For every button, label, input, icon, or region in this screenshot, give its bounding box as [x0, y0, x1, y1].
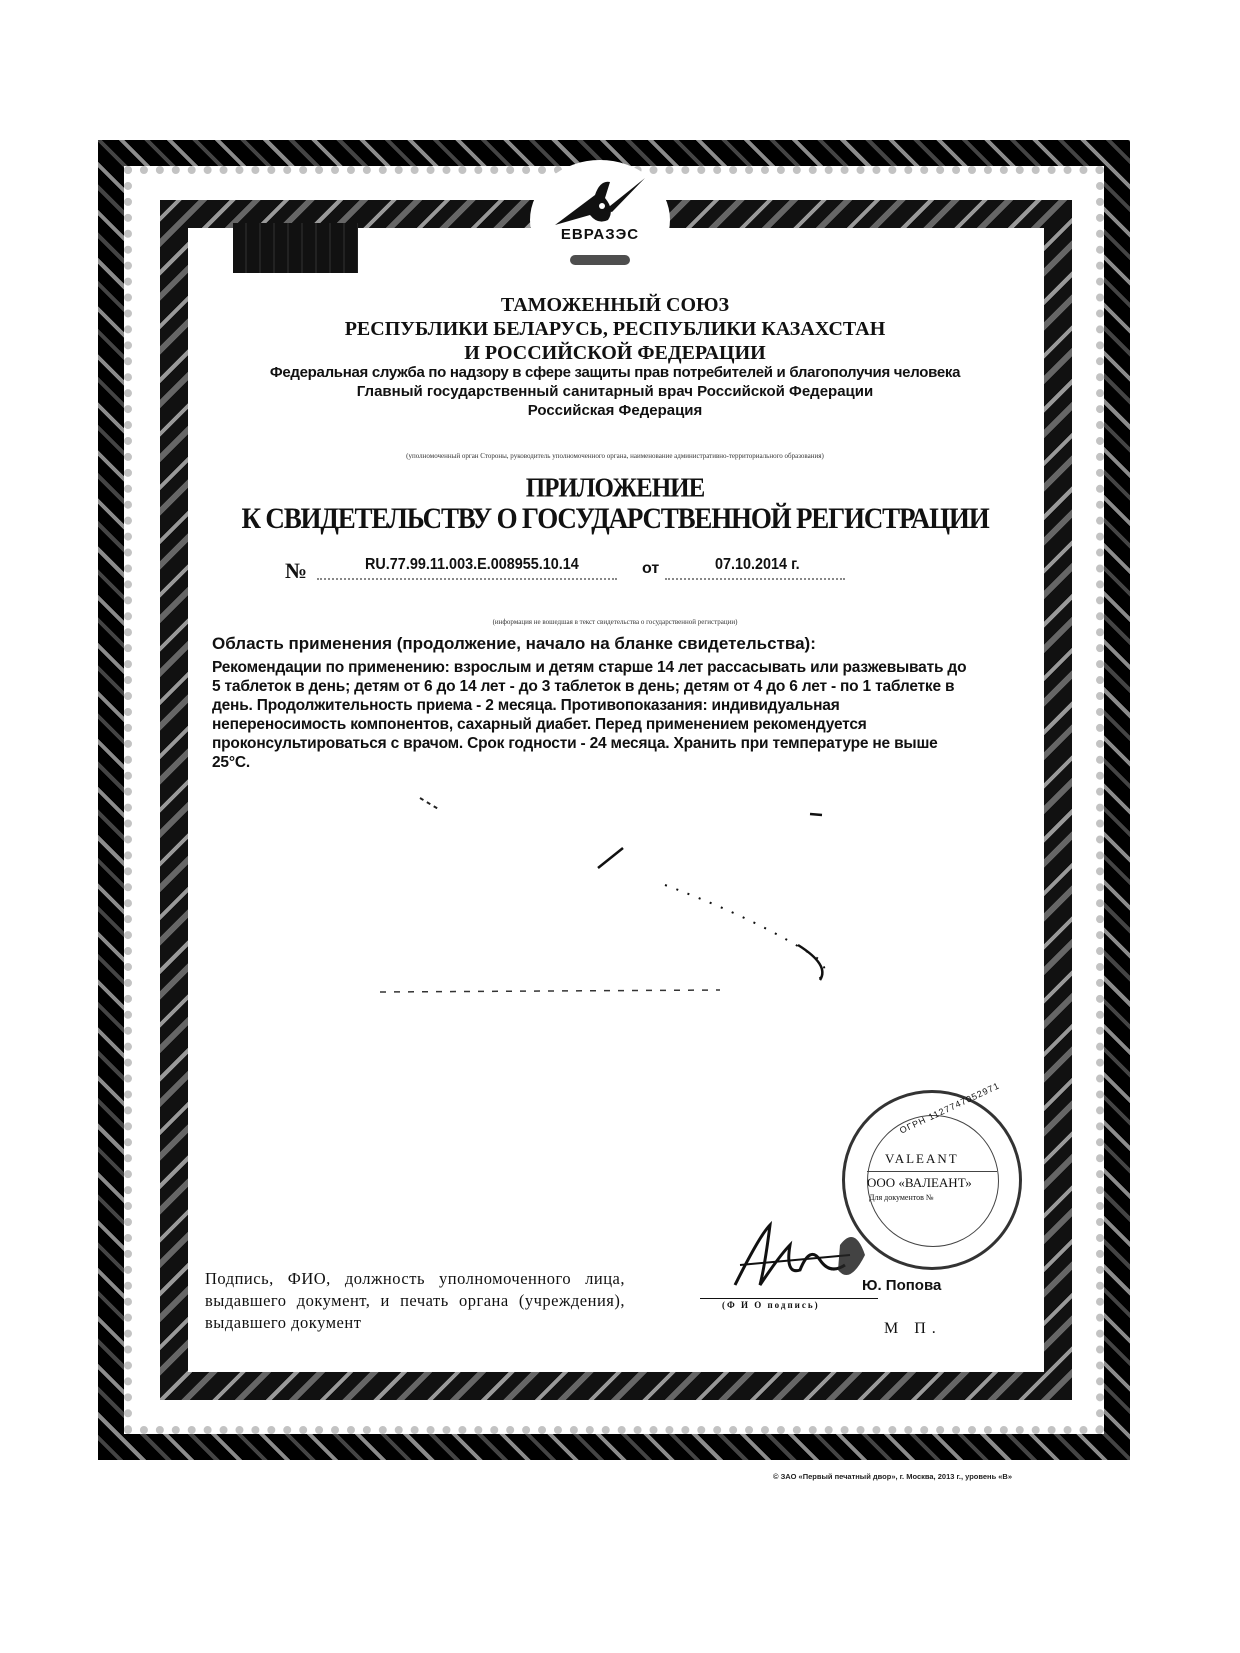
date-label: от [642, 560, 659, 578]
country-name: Российская Федерация [190, 402, 1040, 419]
info-caption: (информация не вошедшая в текст свидетел… [190, 618, 1040, 626]
signature-rule [700, 1298, 878, 1299]
signature-caption: Подпись, ФИО, должность уполномоченного … [205, 1268, 625, 1334]
printer-imprint: © ЗАО «Первый печатный двор», г. Москва,… [773, 1472, 1012, 1481]
registration-date: 07.10.2014 г. [715, 556, 800, 574]
agency-name: Федеральная служба по надзору в сфере за… [180, 364, 1050, 381]
stamp-divider [867, 1171, 997, 1172]
scribble-marks [380, 770, 900, 1010]
registration-number: RU.77.99.11.003.Е.008955.10.14 [365, 556, 579, 574]
document-subtitle: К СВИДЕТЕЛЬСТВУ О ГОСУДАРСТВЕННОЙ РЕГИСТ… [200, 501, 1030, 535]
stamp-org: ООО «ВАЛЕАНТ» [867, 1175, 972, 1191]
document-title: ПРИЛОЖЕНИЕ [190, 474, 1040, 505]
officer-title: Главный государственный санитарный врач … [190, 383, 1040, 400]
emblem-smudge [570, 255, 630, 265]
redacted-block [233, 223, 358, 273]
dotted-line [317, 578, 617, 580]
body-text: Рекомендации по применению: взрослым и д… [212, 658, 972, 772]
union-title-line1: ТАМОЖЕННЫЙ СОЮЗ [190, 294, 1040, 317]
union-title-line3: И РОССИЙСКОЙ ФЕДЕРАЦИИ [190, 342, 1040, 365]
eurasec-emblem: ЕВРАЗЭС [530, 160, 670, 280]
section-title: Область применения (продолжение, начало … [212, 634, 816, 654]
emblem-label: ЕВРАЗЭС [530, 226, 670, 243]
eurasec-emblem-icon [550, 170, 650, 230]
stamp-sub: Для документов № [869, 1193, 934, 1202]
signatory-name: Ю. Попова [862, 1277, 941, 1294]
fio-caption: (Ф И О подпись) [722, 1300, 820, 1310]
union-title-line2: РЕСПУБЛИКИ БЕЛАРУСЬ, РЕСПУБЛИКИ КАЗАХСТА… [190, 318, 1040, 341]
handwritten-signature-icon [730, 1215, 870, 1295]
dotted-line [665, 578, 845, 580]
registration-line: № RU.77.99.11.003.Е.008955.10.14 от 07.1… [285, 556, 845, 584]
number-label: № [285, 558, 307, 584]
stamp-brand: VALEANT [885, 1151, 959, 1167]
seal-label: М П. [884, 1320, 942, 1338]
authority-caption: (уполномоченный орган Стороны, руководит… [190, 452, 1040, 460]
